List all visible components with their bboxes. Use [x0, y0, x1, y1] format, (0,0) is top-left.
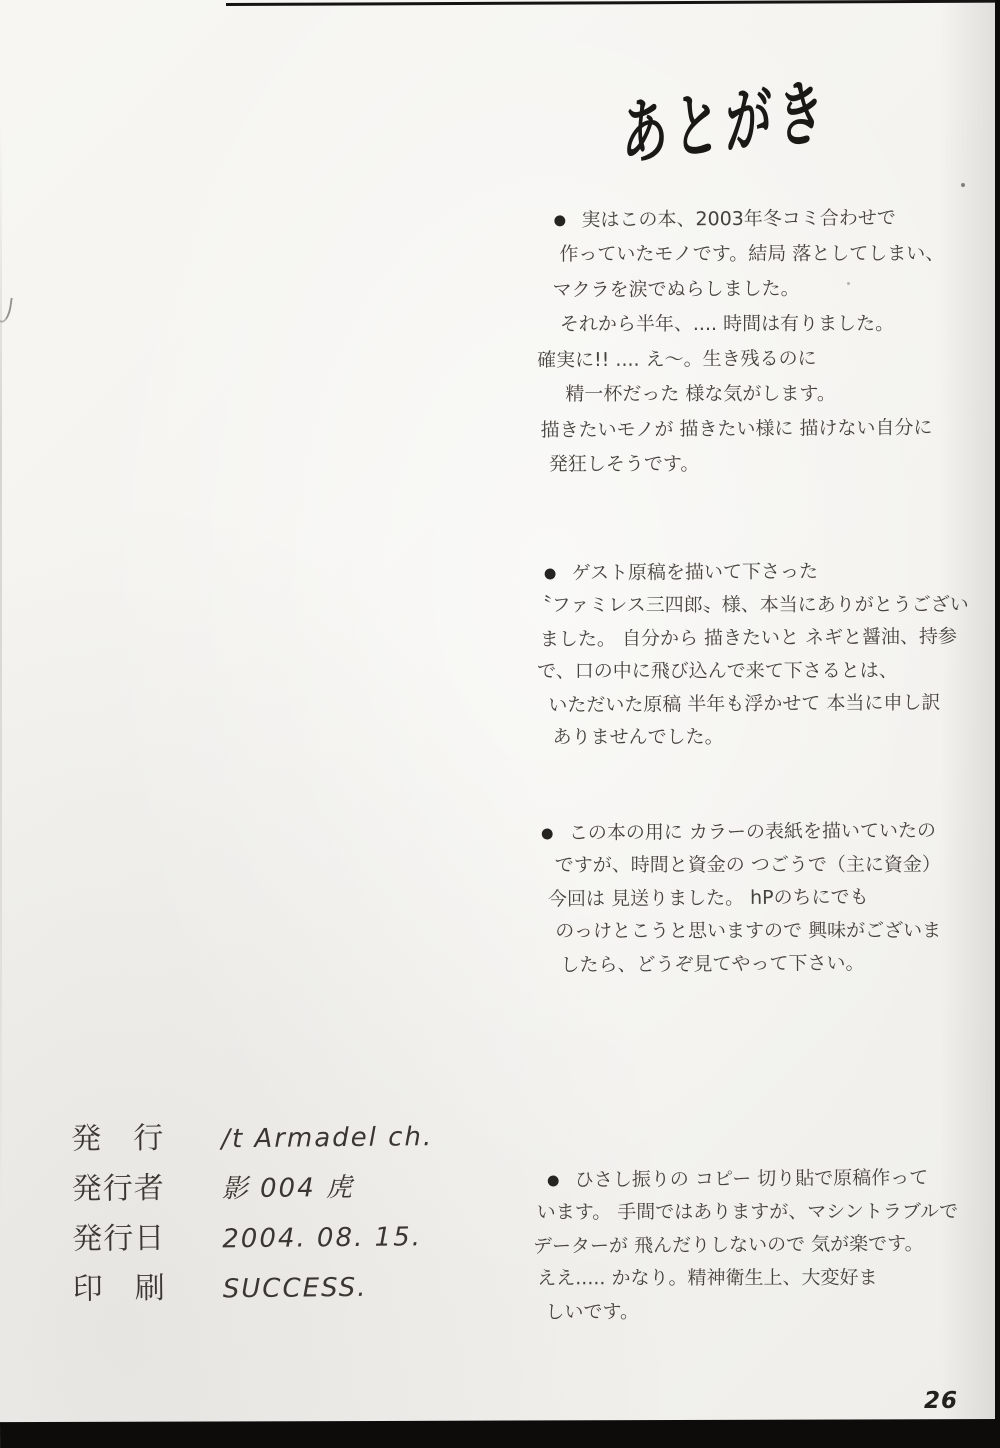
colophon: 発行 /t Armadel ch. 発行者 影 004 虎 発行日 2004. …	[71, 1110, 435, 1314]
text-line: 実はこの本、2003年冬コミ合わせで	[581, 207, 896, 231]
afterword-paragraph-4: ●ひさし振りの コピー 切り貼で原稿作って います。 手間ではありますが、マシン…	[529, 1162, 958, 1330]
scan-speck	[961, 183, 965, 187]
colophon-row-date: 発行日 2004. 08. 15.	[72, 1210, 434, 1264]
colophon-value: /t Armadel ch.	[221, 1122, 433, 1154]
text-line: ●実はこの本、2003年冬コミ合わせで	[554, 201, 944, 239]
afterword-paragraph-2: ●ゲスト原稿を描いて下さった 〝ファミレス三四郎〟様、本当にありがとうござい ま…	[529, 554, 969, 755]
text-line: マクラを涙でぬらしました。	[553, 271, 945, 309]
scanned-afterword-page: あとがき ●実はこの本、2003年冬コミ合わせで 作っていたモノです。結局 落と…	[0, 0, 1000, 1448]
text-line: 今回は 見送りました。 hPのちにでも	[548, 881, 941, 917]
text-line: 確実に!! .... え〜。生き残るのに	[537, 341, 945, 379]
text-line: のっけとこうと思いますので 興味がございま	[555, 915, 941, 949]
text-line: ●ひさし振りの コピー 切り貼で原稿作って	[547, 1162, 958, 1198]
text-line: それから半年、.... 時間は有りました。	[560, 307, 945, 343]
colophon-value: 影 004 虎	[222, 1167, 355, 1205]
text-line: しいです。	[545, 1294, 959, 1330]
text-line: ●ゲスト原稿を描いて下さった	[544, 554, 968, 590]
text-line: ええ..... かなり。精神衛生上、大変好ま	[537, 1262, 958, 1296]
text-line: います。 手間ではありますが、マシントラブルで	[537, 1196, 958, 1230]
colophon-label: 発行日	[72, 1213, 164, 1258]
afterword-paragraph-1: ●実はこの本、2003年冬コミ合わせで 作っていたモノです。結局 落としてしまい…	[534, 201, 946, 484]
colophon-label: 発行	[71, 1113, 163, 1158]
colophon-label: 印刷	[73, 1263, 165, 1308]
text-line: ゲスト原稿を描いて下さった	[572, 561, 818, 585]
page-title: あとがき	[622, 56, 829, 181]
colophon-value: 2004. 08. 15.	[222, 1222, 422, 1254]
colophon-row-printer: 印刷 SUCCESS.	[73, 1260, 435, 1314]
page-number: 26	[924, 1388, 958, 1414]
bullet-icon: ●	[544, 556, 557, 592]
text-line: 描きたいモノが 描きたい様に 描けない自分に	[540, 411, 945, 449]
text-line: この本の用に カラーの表紙を描いていたの	[569, 820, 936, 845]
text-line: 作っていたモノです。結局 落としてしまい、	[559, 237, 944, 273]
scan-left-mark	[0, 296, 13, 323]
colophon-label: 発行者	[71, 1163, 163, 1208]
text-line: ひさし振りの コピー 切り貼で原稿作って	[575, 1167, 928, 1191]
afterword-paragraph-3: ●この本の用に カラーの表紙を描いていたの ですが、時間と資金の つごうで（主に…	[534, 815, 941, 983]
text-line: データーが 飛んだりしないので 気が楽です。	[533, 1228, 959, 1264]
text-line: ●この本の用に カラーの表紙を描いていたの	[541, 815, 940, 851]
bullet-icon: ●	[541, 816, 554, 852]
text-line: 精一杯だった 様な気がします。	[565, 377, 945, 413]
text-line: ですが、時間と資金の つごうで（主に資金）	[555, 849, 941, 883]
bullet-icon: ●	[553, 201, 566, 240]
scan-edge-top	[226, 0, 1000, 6]
scan-speck	[847, 282, 850, 285]
scan-left-hairline	[0, 120, 2, 1220]
text-line: ました。 自分から 描きたいと ネギと醤油、持参	[540, 620, 969, 656]
text-line: ありませんでした。	[553, 721, 970, 755]
text-line: いただいた原稿 半年も浮かせて 本当に申し訳	[548, 686, 969, 722]
text-line: 発狂しそうです。	[549, 447, 946, 483]
text-line: 〝ファミレス三四郎〟様、本当にありがとうござい	[533, 589, 969, 623]
bullet-icon: ●	[547, 1163, 560, 1199]
text-line: したら、どうぞ見てやって下さい。	[560, 947, 941, 983]
colophon-row-author: 発行者 影 004 虎	[71, 1160, 433, 1214]
scan-edge-right	[995, 0, 1000, 1448]
colophon-value: SUCCESS.	[223, 1273, 368, 1305]
text-line: で、口の中に飛び込んで来て下さるとは、	[537, 655, 969, 689]
colophon-row-publisher: 発行 /t Armadel ch.	[71, 1110, 433, 1164]
scan-edge-bottom	[0, 1419, 1000, 1448]
